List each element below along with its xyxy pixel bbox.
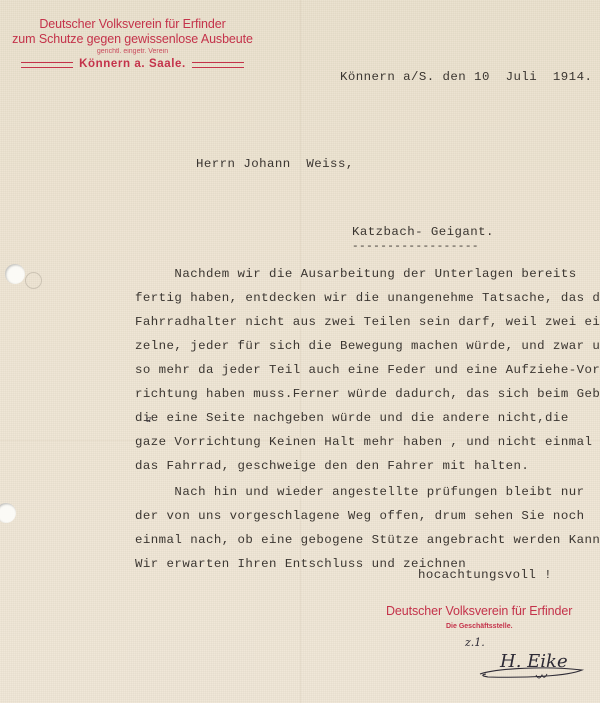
body-line: Wir erwarten Ihren Entschluss und zeichn… bbox=[135, 557, 466, 571]
body-line: Nach hin und wieder angestellte prüfunge… bbox=[135, 485, 584, 499]
body-line: Fahrradhalter nicht aus zwei Teilen sein… bbox=[135, 315, 600, 329]
signature-flourish-icon bbox=[478, 660, 588, 685]
handwritten-initials: z.1. bbox=[465, 636, 485, 649]
body-line: zelne, jeder für sich die Bewegung mache… bbox=[135, 339, 600, 353]
body-line: richtung haben muss.Ferner würde dadurch… bbox=[135, 387, 600, 401]
letter-page: Deutscher Volksverein für Erfinder zum S… bbox=[0, 0, 600, 703]
letterhead-city: Könnern a. Saale. bbox=[79, 57, 186, 72]
double-rule-right bbox=[192, 62, 244, 68]
body-line: so mehr da jeder Teil auch eine Feder un… bbox=[135, 363, 600, 377]
body-line: das Fahrrad, geschweige den den Fahrer m… bbox=[135, 459, 529, 473]
double-rule-left bbox=[21, 62, 73, 68]
recipient-location: Katzbach- Geigant. bbox=[352, 225, 494, 239]
recipient-location-underline: ------------------ bbox=[352, 241, 479, 253]
place-date: Könnern a/S. den 10 Juli 1914. bbox=[340, 70, 592, 84]
handwritten-correction: a bbox=[146, 415, 151, 425]
letterhead-org-name: Deutscher Volksverein für Erfinder bbox=[0, 17, 265, 32]
body-line: Nachdem wir die Ausarbeitung der Unterla… bbox=[135, 267, 577, 281]
punch-hole-bottom bbox=[0, 503, 16, 523]
body-line: gaze Vorrichtung Keinen Halt mehr haben … bbox=[135, 435, 592, 449]
recipient-name: Herrn Johann Weiss, bbox=[196, 157, 354, 171]
body-line: fertig haben, entdecken wir die unangene… bbox=[135, 291, 600, 305]
letterhead-city-row: Könnern a. Saale. bbox=[0, 57, 265, 72]
punch-hole-top bbox=[5, 264, 25, 284]
punch-hole-ghost bbox=[25, 272, 42, 289]
signature-stamp-org: Deutscher Volksverein für Erfinder bbox=[386, 604, 572, 618]
body-line: einmal nach, ob eine gebogene Stütze ang… bbox=[135, 533, 600, 547]
body-line: der von uns vorgeschlagene Weg offen, dr… bbox=[135, 509, 584, 523]
signature-stamp-office: Die Geschäftsstelle. bbox=[446, 623, 513, 630]
letterhead-stamp: Deutscher Volksverein für Erfinder zum S… bbox=[0, 17, 265, 72]
letterhead-purpose: zum Schutze gegen gewissenlose Ausbeute bbox=[0, 32, 265, 47]
body-line: die eine Seite nachgeben würde und die a… bbox=[135, 411, 569, 425]
closing-greeting: hocachtungsvoll ! bbox=[418, 568, 552, 582]
letterhead-registration: gerichtl. eingetr. Verein bbox=[0, 47, 265, 57]
